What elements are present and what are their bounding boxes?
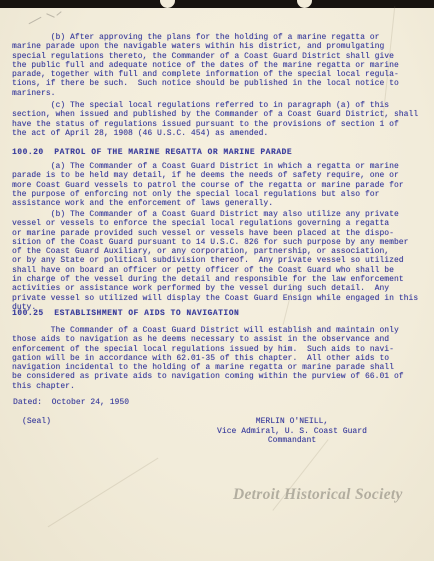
watermark-detroit-historical-society: Detroit Historical Society (233, 486, 403, 504)
paragraph-100-20-b: (b) The Commander of a Coast Guard Distr… (12, 210, 418, 312)
pencil-mark (46, 13, 55, 18)
paper-crease (48, 458, 159, 528)
pencil-mark (56, 11, 61, 16)
paragraph-100-15-b: (b) After approving the plans for the ho… (12, 33, 399, 98)
seal-label: (Seal) (22, 417, 51, 426)
paragraph-100-15-c: (c) The special local regulations referr… (12, 101, 418, 138)
paragraph-100-20-a: (a) The Commander of a Coast Guard Distr… (12, 162, 404, 208)
punch-notch-left (160, 0, 175, 8)
signature-name: MERLIN O'NEILL, (184, 417, 400, 427)
signature-title: Vice Admiral, U. S. Coast Guard (184, 427, 400, 437)
section-heading-100-20: 100.20 PATROL OF THE MARINE REGATTA OR M… (12, 148, 292, 157)
paragraph-100-25: The Commander of a Coast Guard District … (12, 326, 404, 391)
scanned-document-page: (b) After approving the plans for the ho… (0, 0, 434, 561)
punch-notch-right (297, 0, 312, 8)
pencil-mark (29, 17, 42, 24)
dated-line: Dated: October 24, 1950 (13, 398, 129, 407)
signature-role: Commandant (184, 436, 400, 446)
scan-edge-strip (0, 0, 434, 8)
section-heading-100-25: 100.25 ESTABLISHMENT OF AIDS TO NAVIGATI… (12, 309, 239, 318)
signature-block: MERLIN O'NEILL, Vice Admiral, U. S. Coas… (184, 417, 400, 446)
